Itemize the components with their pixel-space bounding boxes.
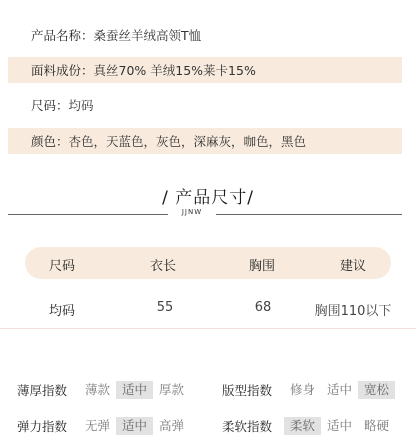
divider-left [8,214,168,215]
cell-advice: 胸围110以下 [315,300,392,319]
info-label: 产品名称： [31,26,94,44]
index-thickness: 薄厚指数 薄款 适中 厚款 [17,380,190,400]
index-option: 高弹 [153,417,190,435]
section-title: / 产品尺寸/ [0,183,416,208]
index-label: 柔软指数 [222,417,272,435]
index-elasticity: 弹力指数 无弹 适中 高弹 [17,416,190,436]
col-header-length: 衣长 [150,255,176,274]
index-option: 适中 [321,381,358,399]
index-label: 版型指数 [222,381,272,399]
info-value: 杏色，天蓝色，灰色，深麻灰，咖色，黑色 [69,132,307,150]
info-row-product-name: 产品名称： 桑蚕丝羊绒高领T恤 [8,22,402,48]
index-option-selected: 适中 [116,417,153,435]
index-option-selected: 宽松 [358,381,395,399]
index-option: 修身 [284,381,321,399]
row-divider [0,328,416,329]
info-row-fabric: 面料成份： 真丝70% 羊绒15%莱卡15% [8,57,402,83]
index-option: 薄款 [79,381,116,399]
divider-right [216,214,402,215]
col-header-chest: 胸围 [249,255,275,274]
col-header-advice: 建议 [340,255,366,274]
info-value: 桑蚕丝羊绒高领T恤 [94,26,202,44]
index-option: 适中 [321,417,358,435]
info-label: 尺码： [31,96,69,114]
info-label: 面料成份： [31,61,94,79]
index-label: 弹力指数 [17,417,67,435]
info-row-colors: 颜色： 杏色，天蓝色，灰色，深麻灰，咖色，黑色 [8,128,402,154]
index-softness: 柔软指数 柔软 适中 略硬 [222,416,395,436]
index-option: 厚款 [153,381,190,399]
cell-chest: 68 [255,300,272,315]
index-option-selected: 柔软 [284,417,321,435]
brand-logo: JJNW [170,208,214,216]
info-value: 均码 [69,96,94,114]
info-label: 颜色： [31,132,69,150]
index-option-selected: 适中 [116,381,153,399]
index-fit: 版型指数 修身 适中 宽松 [222,380,395,400]
col-header-size: 尺码 [49,255,75,274]
info-value: 真丝70% 羊绒15%莱卡15% [94,61,256,79]
index-option: 无弹 [79,417,116,435]
cell-length: 55 [157,300,174,315]
size-table-header [25,247,391,279]
info-row-size: 尺码： 均码 [8,92,402,118]
index-option: 略硬 [358,417,395,435]
index-label: 薄厚指数 [17,381,67,399]
cell-size: 均码 [49,300,75,319]
